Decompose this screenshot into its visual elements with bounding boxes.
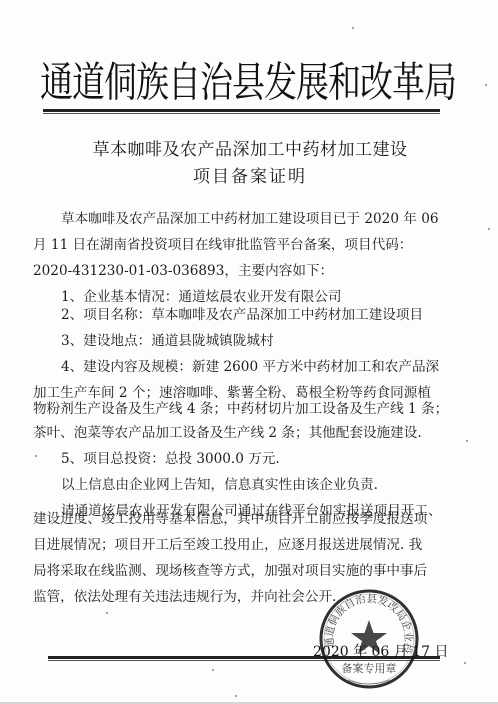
item-4: 4、建设内容及规模：新建 2600 平方米中药材加工和农产品深 bbox=[61, 358, 476, 376]
doc-title-line-2: 项目备案证明 bbox=[30, 162, 470, 187]
scan-speck bbox=[235, 695, 237, 697]
item-3: 3、建设地点：通道县陇城镇陇城村 bbox=[61, 332, 476, 350]
document-page: 通道侗族自治县发展和改革局 草本咖啡及农产品深加工中药材加工建设 项目备案证明 … bbox=[0, 0, 498, 702]
scan-speck bbox=[352, 27, 354, 29]
item-5: 5、项目总投资：总投 3000.0 万元. bbox=[61, 450, 476, 468]
item-4-value: 新建 2600 平方米中药材加工和农产品深 bbox=[192, 359, 439, 375]
scan-speck bbox=[466, 440, 468, 442]
request-line-4: 局将采取在线监测、现场核查等方式，加强对项目实施的事中事后 bbox=[33, 562, 448, 580]
request-line-3: 目进展情况；项目开工后至竣工投用止，应逐月报送进展情况. 我 bbox=[33, 536, 448, 554]
scan-speck bbox=[488, 228, 490, 230]
item-2-label: 2、项目名称： bbox=[61, 307, 151, 323]
request-line-2: 建设进度、竣工投用等基本信息，其中项目开工前应按季度报送项 bbox=[33, 510, 448, 528]
intro-line-2: 月 11 日在湖南省投资项目在线审批监管平台备案，项目代码： bbox=[33, 236, 448, 254]
scan-speck bbox=[35, 455, 37, 457]
scan-speck bbox=[464, 662, 466, 664]
item-2-value: 草本咖啡及农产品深加工中药材加工建设项目 bbox=[151, 307, 423, 323]
item-3-value: 通道县陇城镇陇城村 bbox=[151, 333, 273, 349]
item-1-value: 通道炫晨农业开发有限公司 bbox=[178, 289, 341, 305]
item-2: 2、项目名称：草本咖啡及农产品深加工中药材加工建设项目 bbox=[61, 306, 476, 324]
official-seal: 通道侗族自治县发改局企业投资 备案专用章 bbox=[318, 588, 420, 690]
item-5-label: 5、项目总投资： bbox=[61, 451, 165, 467]
item-1: 1、企业基本情况：通道炫晨农业开发有限公司 bbox=[61, 288, 476, 306]
intro-line-3: 2020-431230-01-03-036893，主要内容如下： bbox=[33, 262, 448, 280]
header-rule-thick bbox=[43, 109, 440, 112]
doc-title-line-1: 草本咖啡及农产品深加工中药材加工建设 bbox=[30, 135, 470, 160]
header-rule-thin bbox=[43, 113, 440, 114]
seal-bottom-text: 备案专用章 bbox=[342, 661, 397, 675]
item-4-cont-3: 茶叶、泡菜等农产品加工设备及生产线 2 条；其他配套设施建设. bbox=[33, 424, 448, 442]
item-1-label: 1、企业基本情况： bbox=[61, 289, 178, 305]
org-header: 通道侗族自治县发展和改革局 bbox=[40, 50, 450, 109]
intro-line-1: 草本咖啡及农产品深加工中药材加工建设项目已于 2020 年 06 bbox=[61, 210, 476, 228]
scan-speck bbox=[106, 612, 108, 614]
star-icon bbox=[351, 620, 387, 654]
notice-line: 以上信息由企业网上告知，信息真实性由该企业负责. bbox=[61, 476, 476, 494]
scan-speck bbox=[485, 84, 487, 86]
scan-speck bbox=[212, 669, 214, 671]
item-5-value: 总投 3000.0 万元. bbox=[165, 451, 280, 467]
item-3-label: 3、建设地点： bbox=[61, 333, 151, 349]
item-4-label: 4、建设内容及规模： bbox=[61, 359, 192, 375]
item-4-cont-2: 物粉剂生产设备及生产线 4 条；中药材切片加工设备及生产线 1 条； bbox=[33, 400, 448, 418]
